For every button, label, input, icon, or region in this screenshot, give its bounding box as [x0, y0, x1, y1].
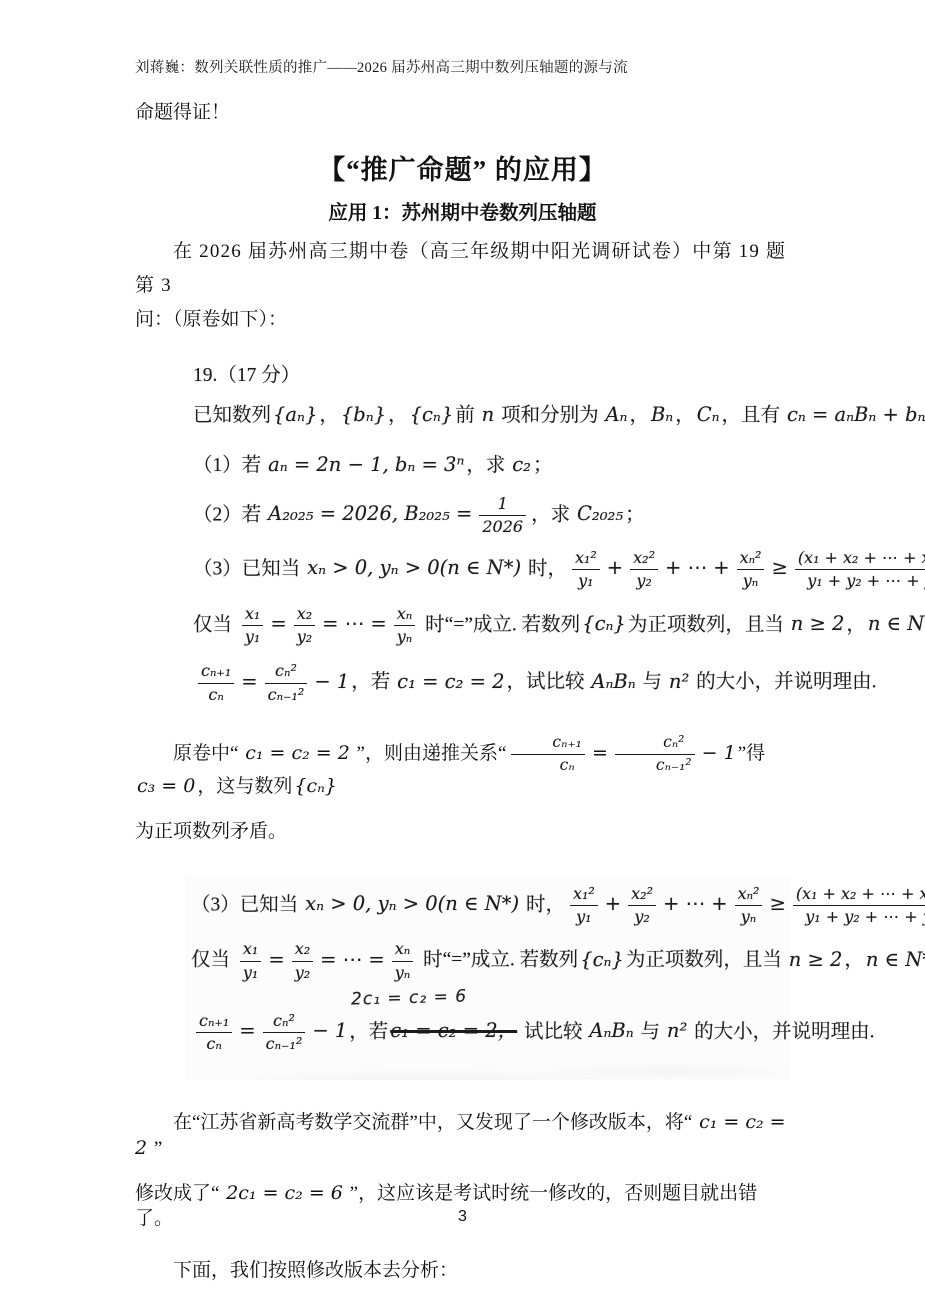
page-number: 3: [0, 1208, 925, 1226]
section-title: 【“推广命题” 的应用】: [135, 148, 790, 187]
intro-paragraph: 在 2026 届苏州高三期中卷（高三年级期中阳光调研试卷）中第 19 题第 3 …: [135, 235, 790, 337]
commentary-paragraph: 原卷中“ c₁ = c₂ = 2 ”，则由递推关系“cₙ₊₁cₙ=cₙ²cₙ₋₁…: [135, 734, 790, 849]
modified-part3-line-2: 仅当 x₁y₁=x₂y₂= ⋯ =xₙyₙ 时“=”成立. 若数列{cₙ}为正项…: [191, 940, 784, 982]
exam-problem-number: 19.（17 分）: [193, 359, 790, 387]
closing-paragraphs: 在“江苏省新高考数学交流群”中，又发现了一个修改版本，将“ c₁ = c₂ = …: [135, 1110, 790, 1286]
modified-part3-line-1: （3）已知当 xₙ > 0, yₙ > 0(n ∈ N*) 时，x₁²y₁+x₂…: [191, 885, 784, 927]
intro-line-1: 在 2026 届苏州高三期中卷（高三年级期中阳光调研试卷）中第 19 题第 3: [135, 235, 790, 303]
exam-part3-line-1: （3）已知当 xₙ > 0, yₙ > 0(n ∈ N*) 时，x₁²y₁+x₂…: [193, 549, 790, 591]
exam-part3-line-3: cₙ₊₁cₙ=cₙ²cₙ₋₁²− 1，若 c₁ = c₂ = 2，试比较 AₙB…: [193, 662, 790, 704]
closing-line-1: 在“江苏省新高考数学交流群”中，又发现了一个修改版本，将“ c₁ = c₂ = …: [135, 1110, 790, 1161]
handwritten-correction: 2c₁ = c₂ = 6: [351, 987, 468, 1010]
intro-line-2: 问：（原卷如下）：: [135, 303, 790, 337]
modified-part3-line-3: 2c₁ = c₂ = 6 cₙ₊₁cₙ=cₙ²cₙ₋₁²− 1，若c₁ = c₂…: [191, 1012, 784, 1054]
document-header: 刘蒋巍：数列关联性质的推广——2026 届苏州高三期中数列压轴题的源与流: [135, 56, 790, 77]
subsection-title: 应用 1：苏州期中卷数列压轴题: [135, 197, 790, 225]
exam-scan-original: 19.（17 分） 已知数列{aₙ}，{bₙ}，{cₙ}前 n 项和分别为 Aₙ…: [193, 359, 790, 704]
closing-line-3: 下面，我们按照修改版本去分析：: [135, 1256, 790, 1286]
exam-part3-line-2: 仅当 x₁y₁=x₂y₂= ⋯ =xₙyₙ 时“=”成立. 若数列{cₙ}为正项…: [193, 605, 790, 647]
commentary-line-2: 为正项数列矛盾。: [135, 815, 790, 849]
proof-statement: 命题得证！: [135, 97, 790, 124]
exam-given-line: 已知数列{aₙ}，{bₙ}，{cₙ}前 n 项和分别为 Aₙ，Bₙ，Cₙ，且有 …: [193, 399, 790, 427]
exam-scan-modified: （3）已知当 xₙ > 0, yₙ > 0(n ∈ N*) 时，x₁²y₁+x₂…: [185, 875, 790, 1080]
commentary-line-1: 原卷中“ c₁ = c₂ = 2 ”，则由递推关系“cₙ₊₁cₙ=cₙ²cₙ₋₁…: [135, 734, 790, 799]
document-page: 刘蒋巍：数列关联性质的推广——2026 届苏州高三期中数列压轴题的源与流 命题得…: [0, 0, 925, 1304]
exam-part1-line: （1）若 aₙ = 2n − 1, bₙ = 3ⁿ，求 c₂；: [193, 449, 790, 477]
exam-part2-line: （2）若 A₂₀₂₅ = 2026, B₂₀₂₅ =12026，求 C₂₀₂₅；: [193, 495, 790, 537]
